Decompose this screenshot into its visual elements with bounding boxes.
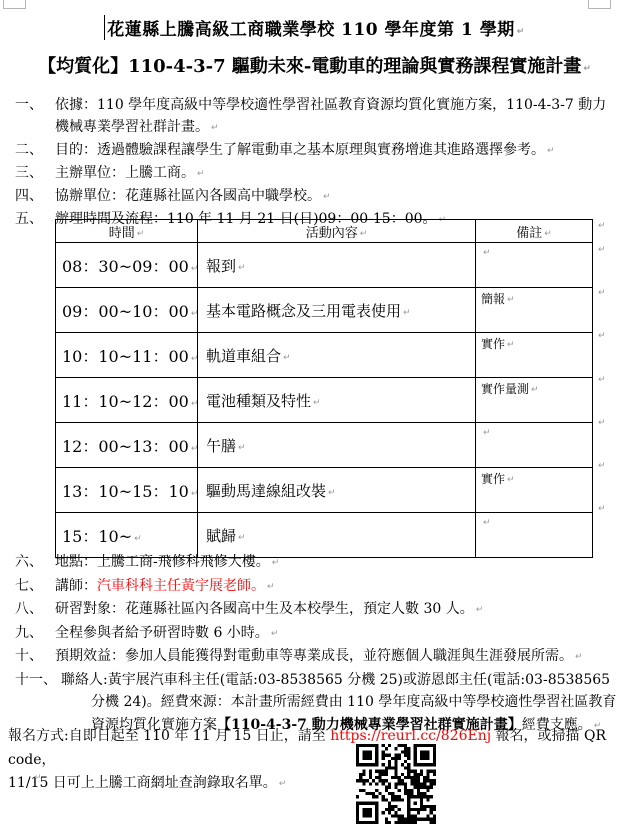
list-item: 八、研習對象：花蓮縣社區內各國高中生及本校學生，預定人數 30 人。 (15, 598, 619, 622)
document-page: 花蓮縣上騰高級工商職業學校 110 學年度第 1 學期 【均質化】110-4-3… (0, 0, 629, 826)
activity-cell: 基本電路概念及三用電表使用 (198, 288, 476, 333)
row-end-paragraph-mark: ↵ (598, 221, 606, 231)
note-cell (476, 243, 593, 288)
page-corner-mark-right (588, 0, 611, 9)
schedule-row: 08：30~09：00報到 (56, 243, 593, 288)
body-text: 目的：透過體驗課程讓學生了解電動車之基本原理與實務增進其進路選擇參考。 (55, 142, 545, 158)
list-item-number: 十、 (15, 645, 55, 668)
row-end-paragraph-mark: ↵ (598, 375, 606, 385)
list-item-text: 預期效益：參加人員能獲得對電動車等專業成長，並符應個人職涯與生涯發展所需。 (55, 645, 619, 669)
note-cell (476, 423, 593, 468)
list-item-text: 講師：汽車科科主任黃宇展老師。 (55, 575, 619, 599)
activity-cell: 電池種類及特性 (198, 378, 476, 423)
time-cell: 12：00~13：00 (56, 423, 198, 468)
body-text: 依據：110 學年度高級中等學校適性學習社區教育資源均質化實施方案，110-4-… (55, 97, 606, 135)
signup-text-line2: 11/15 日可上上騰工商網址查詢錄取名單。 (8, 775, 286, 791)
time-cell: 11：10~12：00 (56, 378, 198, 423)
signup-text-pre: 報名方式:自即日起至 110 年 11 月 15 日止，請至 (8, 728, 330, 744)
list-item-number: 七、 (15, 575, 55, 598)
time-cell: 13：10~15：10 (56, 468, 198, 513)
time-cell: 10：10~11：00 (56, 333, 198, 378)
list-item-number: 二、 (15, 139, 55, 161)
list-item-number: 六、 (15, 551, 55, 574)
activity-cell: 報到 (198, 243, 476, 288)
schedule-column-header: 備註 (476, 220, 593, 243)
list-item-text: 研習對象：花蓮縣社區內各國高中生及本校學生，預定人數 30 人。 (55, 598, 619, 622)
list-item-number: 八、 (15, 598, 55, 621)
list-item-text: 全程參與者給予研習時數 6 小時。 (55, 622, 619, 646)
list-item-number: 四、 (15, 185, 55, 207)
schedule-row: 13：10~15：10驅動馬達線組改裝實作 (56, 468, 593, 513)
schedule-row: 10：10~11：00軌道車組合實作 (56, 333, 593, 378)
schedule-column-header: 時間 (56, 220, 198, 243)
list-item-text: 地點：上騰工商-飛修科飛修大樓。 (55, 551, 619, 575)
row-end-paragraph-mark: ↵ (598, 245, 606, 255)
time-cell: 09：00~10：00 (56, 288, 198, 333)
qr-code (355, 744, 437, 824)
signup-link[interactable]: https://reurl.cc/826Enj (330, 728, 491, 744)
row-end-paragraph-mark: ↵ (598, 418, 606, 428)
body-text: 預期效益：參加人員能獲得對電動車等專業成長，並符應個人職涯與生涯發展所需。 (55, 648, 573, 664)
numbered-list-bottom: 六、地點：上騰工商-飛修科飛修大樓。七、講師：汽車科科主任黃宇展老師。八、研習對… (15, 551, 619, 737)
list-item: 七、講師：汽車科科主任黃宇展老師。 (15, 575, 619, 599)
list-item-number: 五、 (15, 208, 55, 230)
highlighted-red-text: 汽車科科主任黃宇展老師。 (97, 578, 265, 594)
list-item-number: 一、 (15, 94, 55, 116)
list-item-number: 三、 (15, 162, 55, 184)
schedule-table: 時間活動內容備註 08：30~09：00報到09：00~10：00基本電路概念及… (55, 219, 593, 558)
activity-cell: 驅動馬達線組改裝 (198, 468, 476, 513)
activity-cell: 軌道車組合 (198, 333, 476, 378)
row-end-paragraph-mark: ↵ (598, 331, 606, 341)
note-cell: 實作量測 (476, 378, 593, 423)
list-item-text: 目的：透過體驗課程讓學生了解電動車之基本原理與實務增進其進路選擇參考。 (55, 139, 619, 162)
body-text: 研習對象：花蓮縣社區內各國高中生及本校學生，預定人數 30 人。 (55, 601, 474, 617)
page-title: 花蓮縣上騰高級工商職業學校 110 學年度第 1 學期 (0, 15, 629, 40)
list-item-text: 依據：110 學年度高級中等學校適性學習社區教育資源均質化實施方案，110-4-… (55, 94, 619, 139)
row-end-paragraph-mark: ↵ (598, 461, 606, 471)
schedule-column-header: 活動內容 (198, 220, 476, 243)
note-cell: 簡報 (476, 288, 593, 333)
list-item: 九、全程參與者給予研習時數 6 小時。 (15, 622, 619, 646)
body-text: 協辦單位：花蓮縣社區內各國高中職學校。 (55, 188, 321, 204)
body-text: 主辦單位：上騰工商。 (55, 165, 195, 181)
list-item: 四、協辦單位：花蓮縣社區內各國高中職學校。 (15, 185, 619, 208)
list-item: 六、地點：上騰工商-飛修科飛修大樓。 (15, 551, 619, 575)
schedule-row: 11：10~12：00電池種類及特性實作量測 (56, 378, 593, 423)
page-corner-mark-left (3, 0, 26, 9)
body-text: 講師： (55, 578, 97, 594)
empty-paragraph-mark (32, 766, 42, 785)
page-subtitle-text: 【均質化】110-4-3-7 驅動未來-電動車的理論與實務課程實施計畫 (38, 56, 591, 77)
body-text: 全程參與者給予研習時數 6 小時。 (55, 625, 269, 641)
activity-cell: 午膳 (198, 423, 476, 468)
body-text: 地點：上騰工商-飛修科飛修大樓。 (55, 554, 270, 570)
list-item-text: 協辦單位：花蓮縣社區內各國高中職學校。 (55, 185, 619, 208)
note-cell: 實作 (476, 333, 593, 378)
list-item-number: 十一、 (15, 669, 61, 692)
row-end-paragraph-mark: ↵ (598, 288, 606, 298)
time-cell: 08：30~09：00 (56, 243, 198, 288)
list-item-text: 主辦單位：上騰工商。 (55, 162, 619, 185)
list-item-number: 九、 (15, 622, 55, 645)
note-cell: 實作 (476, 468, 593, 513)
list-item: 一、依據：110 學年度高級中等學校適性學習社區教育資源均質化實施方案，110-… (15, 94, 619, 139)
signup-paragraph: 報名方式:自即日起至 110 年 11 月 15 日止，請至 https://r… (8, 725, 623, 797)
schedule-header-row: 時間活動內容備註 (56, 220, 593, 243)
page-subtitle: 【均質化】110-4-3-7 驅動未來-電動車的理論與實務課程實施計畫 (0, 52, 629, 78)
schedule-row: 09：00~10：00基本電路概念及三用電表使用簡報 (56, 288, 593, 333)
list-item: 十、預期效益：參加人員能獲得對電動車等專業成長，並符應個人職涯與生涯發展所需。 (15, 645, 619, 669)
row-end-paragraph-mark: ↵ (598, 504, 606, 514)
schedule-row: 12：00~13：00午膳 (56, 423, 593, 468)
numbered-list-top: 一、依據：110 學年度高級中等學校適性學習社區教育資源均質化實施方案，110-… (15, 94, 619, 231)
page-title-text: 花蓮縣上騰高級工商職業學校 110 學年度第 1 學期 (107, 20, 525, 40)
list-item: 三、主辦單位：上騰工商。 (15, 162, 619, 185)
text-cursor (104, 15, 105, 40)
list-item: 二、目的：透過體驗課程讓學生了解電動車之基本原理與實務增進其進路選擇參考。 (15, 139, 619, 162)
